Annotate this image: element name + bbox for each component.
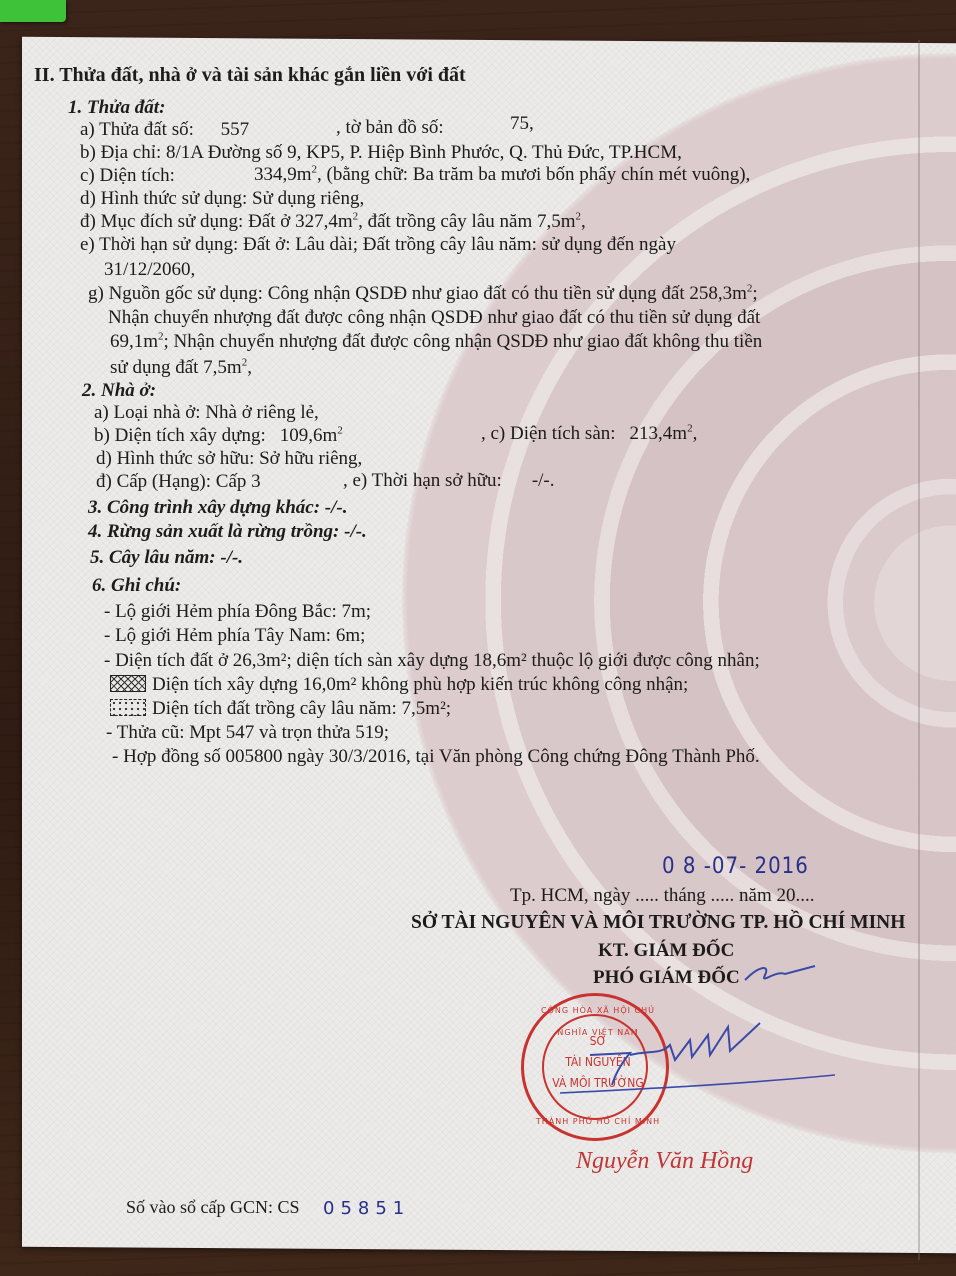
other-works: 3. Công trình xây dựng khác: -/-. (88, 497, 347, 519)
build-area-label: b) Diện tích xây dựng: (94, 425, 266, 446)
ownership-term-value: -/-. (532, 470, 555, 491)
origin-text-1: g) Nguồn gốc sử dụng: Công nhận QSDĐ như… (88, 283, 747, 304)
note-item: - Thửa cũ: Mpt 547 và trọn thửa 519; (106, 722, 389, 744)
place-date-line: Tp. HCM, ngày ..... tháng ..... năm 20..… (510, 885, 815, 907)
note-item-legend-hatch: Diện tích xây dựng 16,0m² không phù hợp … (110, 674, 688, 696)
parcel-label: a) Thửa đất số: (80, 119, 194, 140)
parcel-number: 557 (221, 119, 250, 140)
registry-number: 05851 (323, 1198, 410, 1220)
seal-ring-bottom: THÀNH PHỐ HỒ CHÍ MINH (524, 1111, 672, 1133)
agency-name: SỞ TÀI NGUYÊN VÀ MÔI TRƯỜNG TP. HỒ CHÍ M… (411, 912, 905, 934)
floor-area-value: 213,4m (630, 423, 688, 444)
note-item-legend-dots: Diện tích đất trồng cây lâu năm: 7,5m²; (110, 698, 451, 720)
map-sheet-label: , tờ bản đồ số: (336, 117, 444, 139)
usage-purpose: đ) Mục đích sử dụng: Đất ở 327,4m2, đất … (80, 211, 586, 233)
signer-title-1: KT. GIÁM ĐỐC (598, 940, 734, 962)
purpose-residential: đ) Mục đích sử dụng: Đất ở 327,4m (80, 211, 353, 232)
house-type: a) Loại nhà ở: Nhà ở riêng lẻ, (94, 402, 319, 424)
ownership-form: d) Hình thức sở hữu: Sở hữu riêng, (96, 448, 362, 470)
stamped-date: 0 8 -07- 2016 (662, 856, 809, 878)
build-area-value: 109,6m (280, 425, 338, 446)
perennial-trees: 5. Cây lâu năm: -/-. (90, 547, 243, 569)
origin-line-4: sử dụng đất 7,5m2, (110, 357, 252, 379)
floor-area-label: , c) Diện tích sàn: (481, 423, 616, 444)
parcel-number-row: a) Thửa đất số: 557 (80, 119, 249, 141)
build-area-row: b) Diện tích xây dựng:109,6m2 (94, 425, 343, 447)
section-title: II. Thửa đất, nhà ở và tài sản khác gắn … (34, 64, 466, 86)
area-in-words: , (bằng chữ: Ba trăm ba mươi bốn phẩy ch… (317, 164, 750, 185)
area-value: 334,9m (254, 164, 312, 185)
note-item: - Diện tích đất ở 26,3m²; diện tích sàn … (104, 650, 760, 672)
area-label: c) Diện tích: (80, 165, 175, 187)
land-heading: 1. Thửa đất: (68, 97, 165, 119)
production-forest: 4. Rừng sản xuất là rừng trồng: -/-. (88, 521, 367, 543)
signer-name: Nguyễn Văn Hồng (576, 1150, 753, 1172)
purpose-perennial: , đất trồng cây lâu năm 7,5m (358, 211, 575, 232)
origin-area: 69,1m (110, 331, 158, 352)
crosshatch-pattern-icon (110, 675, 146, 692)
signer-title-2: PHÓ GIÁM ĐỐC (593, 967, 740, 989)
origin-text-4: sử dụng đất 7,5m (110, 357, 242, 378)
usage-form: d) Hình thức sử dụng: Sử dụng riêng, (80, 188, 364, 210)
ownership-term-row: , e) Thời hạn sở hữu:-/-. (343, 470, 555, 492)
address: b) Địa chỉ: 8/1A Đường số 9, KP5, P. Hiệ… (80, 142, 682, 164)
map-sheet-number: 75, (510, 113, 534, 135)
handwritten-signature-icon (560, 1015, 840, 1105)
origin-line-1: g) Nguồn gốc sử dụng: Công nhận QSDĐ như… (88, 283, 758, 305)
origin-line-2: Nhận chuyển nhượng đất được công nhận QS… (108, 307, 760, 329)
origin-text-3: ; Nhận chuyển nhượng đất được công nhận … (164, 331, 763, 352)
note-item: - Lộ giới Hẻm phía Đông Bắc: 7m; (104, 601, 371, 623)
dotted-pattern-icon (110, 699, 146, 716)
area-row: 334,9m2, (bằng chữ: Ba trăm ba mươi bốn … (254, 164, 750, 186)
note-dots-text: Diện tích đất trồng cây lâu năm: 7,5m²; (152, 698, 451, 719)
house-heading: 2. Nhà ở: (82, 380, 156, 402)
note-item: - Lộ giới Hẻm phía Tây Nam: 6m; (104, 625, 365, 647)
notes-heading: 6. Ghi chú: (92, 575, 181, 597)
certificate-content: II. Thửa đất, nhà ở và tài sản khác gắn … (0, 0, 956, 1276)
initial-signature-icon (740, 960, 820, 990)
usage-duration: e) Thời hạn sử dụng: Đất ở: Lâu dài; Đất… (80, 234, 676, 256)
floor-area-row: , c) Diện tích sàn:213,4m2, (481, 423, 697, 445)
house-grade: đ) Cấp (Hạng): Cấp 3 (96, 471, 261, 493)
origin-line-3: 69,1m2; Nhận chuyển nhượng đất được công… (110, 331, 762, 353)
note-hatch-text: Diện tích xây dựng 16,0m² không phù hợp … (152, 674, 688, 695)
ownership-term-label: , e) Thời hạn sở hữu: (343, 470, 502, 491)
note-item: - Hợp đồng số 005800 ngày 30/3/2016, tại… (112, 746, 760, 768)
usage-duration-date: 31/12/2060, (104, 259, 195, 281)
registry-label: Số vào sổ cấp GCN: CS (126, 1196, 300, 1218)
